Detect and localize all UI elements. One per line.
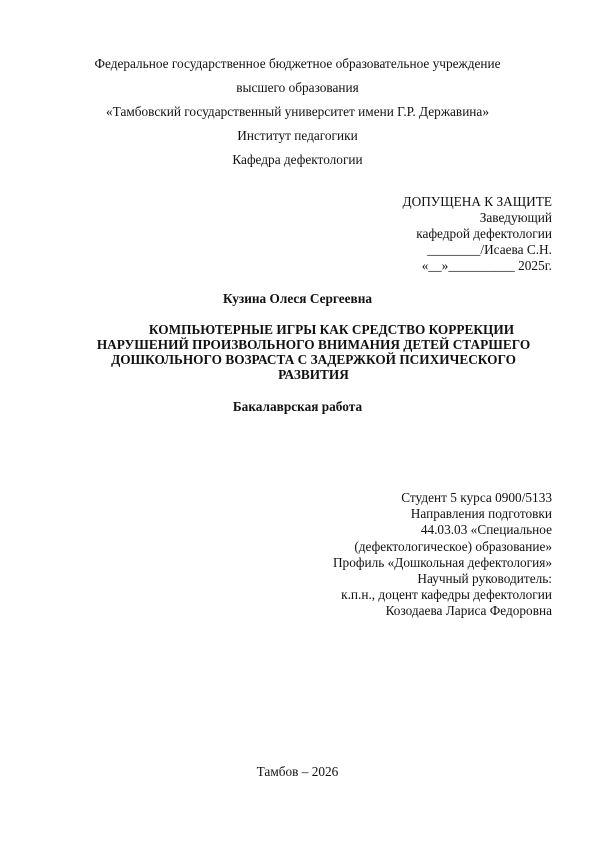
university-name: «Тамбовский государственный университет … (60, 104, 535, 128)
supervisor-title: к.п.н., доцент кафедры дефектологии (333, 587, 552, 603)
supervisor-label: Научный руководитель: (333, 571, 552, 587)
study-direction-code: 44.03.03 «Специальное (333, 522, 552, 538)
approval-department: кафедрой дефектологии (403, 226, 552, 242)
supervisor-name: Козодаева Лариса Федоровна (333, 603, 552, 619)
student-info-block: Студент 5 курса 0900/5133 Направления по… (333, 490, 552, 620)
document-page: Федеральное государственное бюджетное об… (0, 0, 595, 841)
institution-header: Федеральное государственное бюджетное об… (60, 56, 535, 176)
approval-position: Заведующий (403, 210, 552, 226)
study-direction-name: (дефектологическое) образование» (333, 539, 552, 555)
student-course: Студент 5 курса 0900/5133 (333, 490, 552, 506)
city-year: Тамбов – 2026 (60, 764, 535, 780)
approval-signature: ________/Исаева С.Н. (403, 242, 552, 258)
author-name: Кузина Олеся Сергеевна (60, 291, 535, 307)
approval-date: «__»__________ 2025г. (403, 258, 552, 274)
study-direction-label: Направления подготовки (333, 506, 552, 522)
department-name: Кафедра дефектологии (60, 152, 535, 176)
institution-type: Федеральное государственное бюджетное об… (60, 56, 535, 80)
thesis-title: КОМПЬЮТЕРНЫЕ ИГРЫ КАК СРЕДСТВО КОРРЕКЦИИ… (88, 322, 539, 382)
work-type: Бакалаврская работа (60, 399, 535, 415)
approval-block: ДОПУЩЕНА К ЗАЩИТЕ Заведующий кафедрой де… (403, 194, 552, 274)
approval-status: ДОПУЩЕНА К ЗАЩИТЕ (403, 194, 552, 210)
study-profile: Профиль «Дошкольная дефектология» (333, 555, 552, 571)
education-level: высшего образования (60, 80, 535, 104)
institute-name: Институт педагогики (60, 128, 535, 152)
